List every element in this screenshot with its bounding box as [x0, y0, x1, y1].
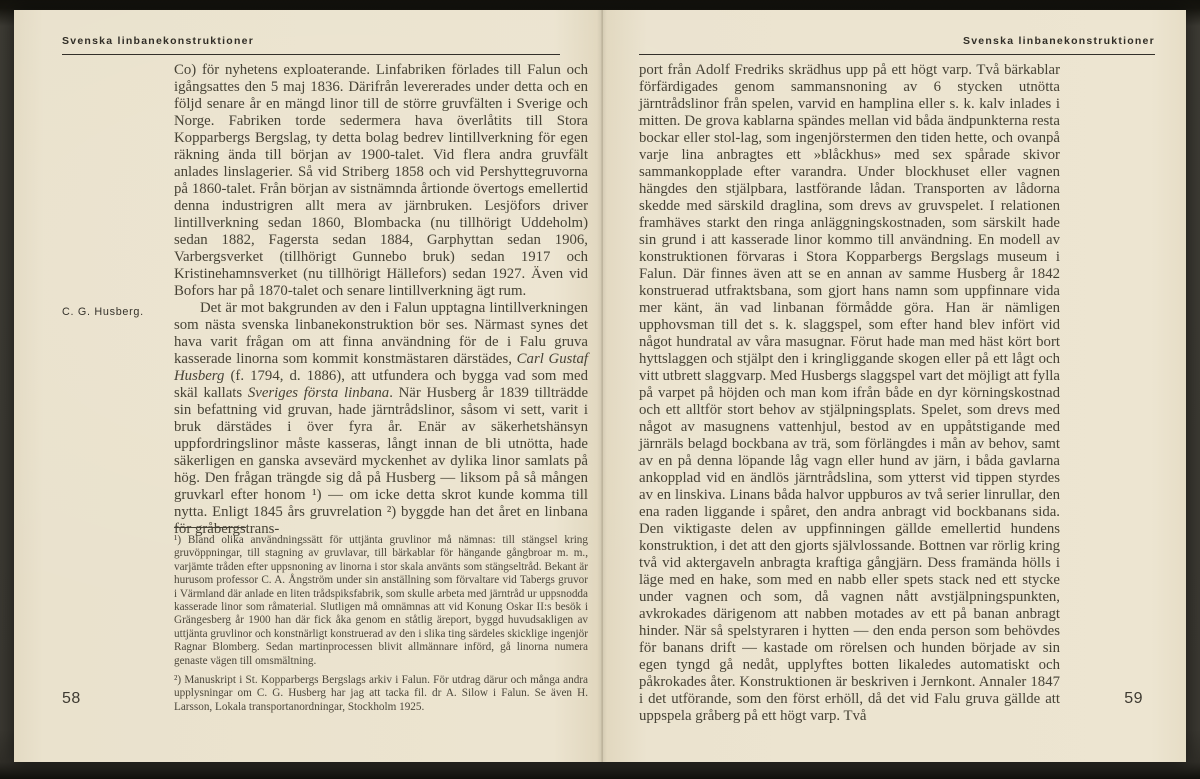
right-page: Svenska linbanekonstruktioner port från …: [600, 10, 1186, 762]
scanned-book-photo: Svenska linbanekonstruktioner C. G. Husb…: [0, 0, 1200, 779]
running-header-left: Svenska linbanekonstruktioner: [62, 35, 254, 47]
margin-note-husberg: C. G. Husberg.: [62, 306, 144, 318]
footnotes-block: ¹) Bland olika användningssätt för uttjä…: [174, 534, 588, 720]
header-rule-left: [62, 54, 560, 55]
footnote: ²) Manuskript i St. Kopparbergs Bergslag…: [174, 674, 588, 714]
footnote-separator-rule: [174, 527, 246, 528]
left-page: Svenska linbanekonstruktioner C. G. Husb…: [14, 10, 600, 762]
book-spread: Svenska linbanekonstruktioner C. G. Husb…: [14, 10, 1186, 762]
header-rule-right: [639, 54, 1155, 55]
footnote: ¹) Bland olika användningssätt för uttjä…: [174, 534, 588, 668]
right-page-body-text: port från Adolf Fredriks skrädhus upp på…: [639, 62, 1060, 725]
left-page-body-text: Co) för nyhetens exploaterande. Linfabri…: [174, 62, 588, 538]
paragraph: Det är mot bakgrunden av den i Falun upp…: [174, 300, 588, 538]
page-number-left: 58: [62, 690, 81, 708]
running-header-right: Svenska linbanekonstruktioner: [963, 35, 1155, 47]
paragraph: Co) för nyhetens exploaterande. Linfabri…: [174, 62, 588, 300]
paragraph: port från Adolf Fredriks skrädhus upp på…: [639, 62, 1060, 725]
page-number-right: 59: [1124, 690, 1143, 708]
